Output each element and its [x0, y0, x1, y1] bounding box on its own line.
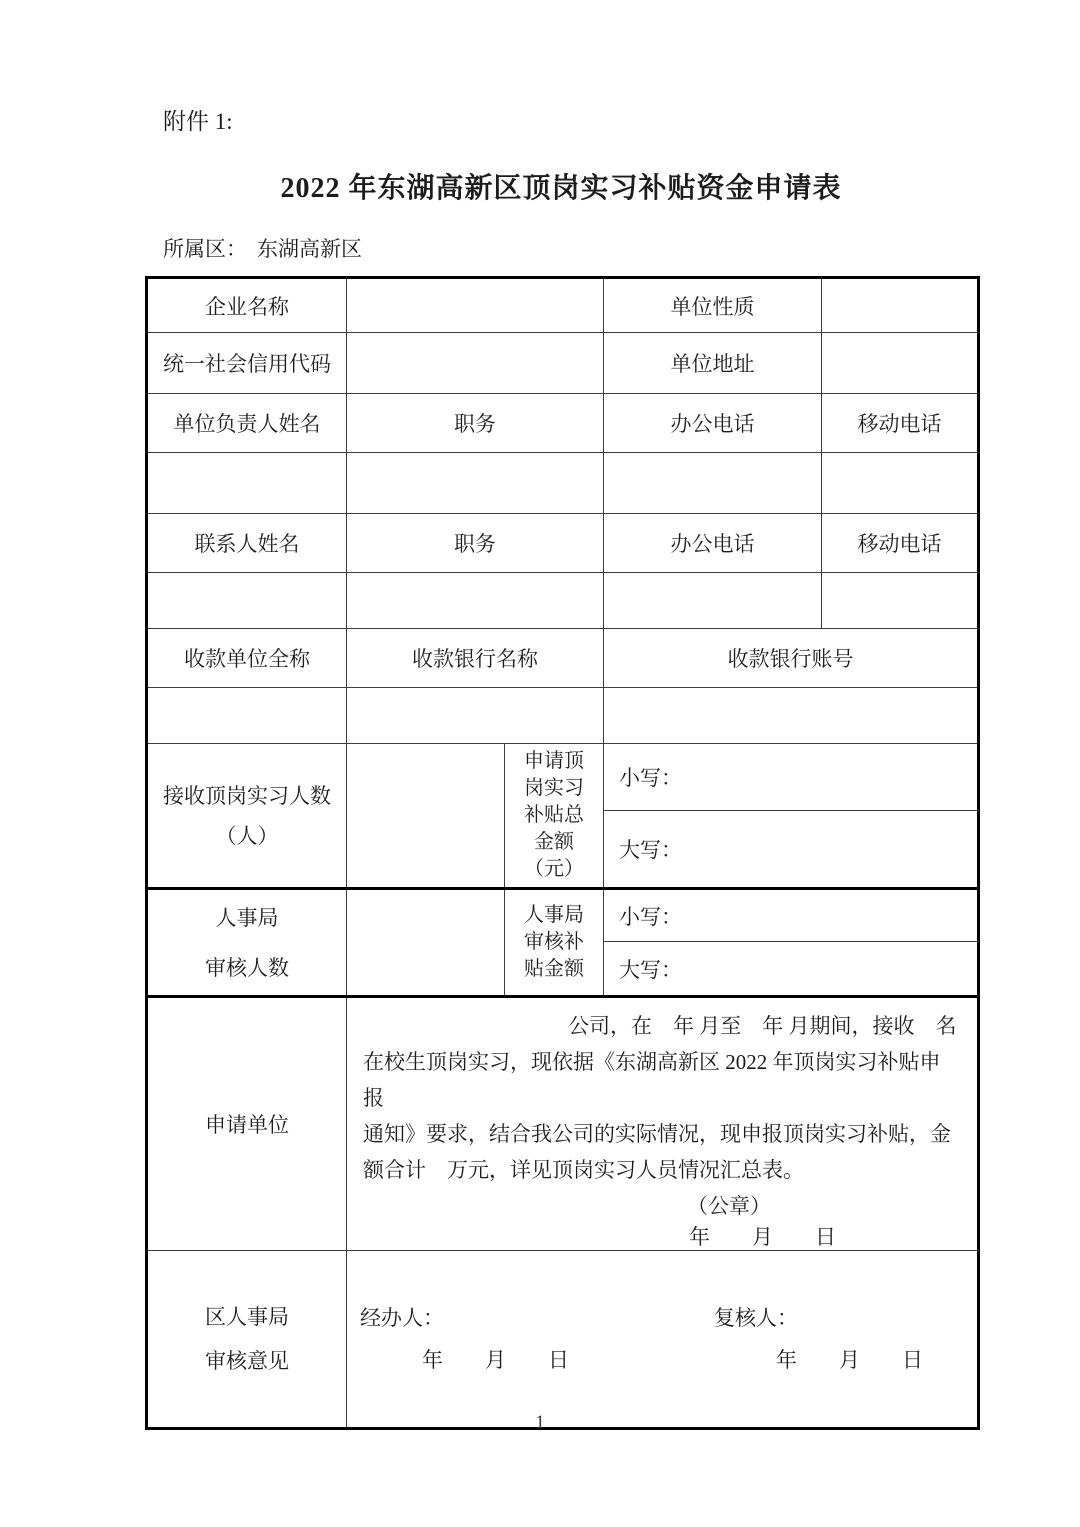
application-table: 企业名称 单位性质 统一社会信用代码 单位地址 单位负责人姓名 职务 办公电话 … [145, 276, 980, 1430]
reviewer-label: 复核人： [714, 1297, 923, 1339]
handler-block: 经办人： 年 月 日 [360, 1297, 569, 1381]
contact-mobile-phone-label: 移动电话 [822, 514, 979, 573]
contact-office-phone-input-cell [604, 573, 822, 629]
payee-bank-input-cell [347, 688, 604, 744]
payee-account-input-cell [604, 688, 979, 744]
statement-line1: 公司，在 年 月至 年 月期间，接收 名 [363, 1008, 961, 1044]
statement-cell: 公司，在 年 月至 年 月期间，接收 名 在校生顶岗实习，现依据《东湖高新区 2… [347, 997, 979, 1251]
head-office-phone-label: 办公电话 [604, 394, 822, 453]
apply-amount-big-cell: 大写： [604, 811, 979, 889]
hr-amount-small-cell: 小写： [604, 889, 979, 942]
intern-count-label: 接收顶岗实习人数 （人） [147, 744, 347, 889]
review-label-line1: 区人事局 [148, 1295, 346, 1339]
head-duty-label: 职务 [347, 394, 604, 453]
apply-amount-label-line5: （元） [505, 856, 603, 883]
credit-code-input-cell [347, 333, 604, 394]
hr-count-label-line1: 人事局 [148, 893, 346, 943]
head-duty-input-cell [347, 453, 604, 514]
apply-amount-label-line2: 岗实习 [505, 775, 603, 802]
unit-nature-input-cell [822, 278, 979, 333]
head-name-input-cell [147, 453, 347, 514]
handler-date: 年 月 日 [360, 1339, 569, 1381]
region-line: 所属区：东湖高新区 [163, 233, 362, 263]
contact-name-input-cell [147, 573, 347, 629]
hr-count-label: 人事局 审核人数 [147, 889, 347, 997]
contact-name-label: 联系人姓名 [147, 514, 347, 573]
apply-amount-label: 申请顶 岗实习 补贴总 金额 （元） [505, 744, 604, 889]
company-name-label: 企业名称 [147, 278, 347, 333]
review-label: 区人事局 审核意见 [147, 1251, 347, 1429]
review-content-cell: 经办人： 年 月 日 复核人： 年 月 日 [347, 1251, 979, 1429]
contact-duty-label: 职务 [347, 514, 604, 573]
apply-unit-label: 申请单位 [147, 997, 347, 1251]
statement-seal: （公章） [363, 1188, 961, 1224]
review-label-line2: 审核意见 [148, 1339, 346, 1383]
page-number: 1 [0, 1412, 1080, 1434]
region-label: 所属区： [163, 237, 247, 261]
contact-office-phone-label: 办公电话 [604, 514, 822, 573]
apply-amount-label-line3: 补贴总 [505, 802, 603, 829]
payee-unit-input-cell [147, 688, 347, 744]
payee-unit-label: 收款单位全称 [147, 629, 347, 688]
intern-count-input-cell [347, 744, 505, 889]
payee-bank-label: 收款银行名称 [347, 629, 604, 688]
attachment-label: 附件 1: [163, 103, 233, 136]
unit-address-input-cell [822, 333, 979, 394]
hr-amount-label-line3: 贴金额 [505, 956, 603, 983]
apply-amount-small-cell: 小写： [604, 744, 979, 811]
company-name-input-cell [347, 278, 604, 333]
intern-count-label-line1: 接收顶岗实习人数 [148, 776, 346, 816]
apply-amount-label-line1: 申请顶 [505, 748, 603, 775]
payee-account-label: 收款银行账号 [604, 629, 979, 688]
unit-nature-label: 单位性质 [604, 278, 822, 333]
hr-amount-label-line2: 审核补 [505, 929, 603, 956]
handler-label: 经办人： [360, 1297, 569, 1339]
head-office-phone-input-cell [604, 453, 822, 514]
reviewer-date: 年 月 日 [714, 1339, 923, 1381]
credit-code-label: 统一社会信用代码 [147, 333, 347, 394]
intern-count-label-line2: （人） [148, 816, 346, 856]
statement-line4: 额合计 万元，详见顶岗实习人员情况汇总表。 [363, 1152, 961, 1188]
contact-mobile-phone-input-cell [822, 573, 979, 629]
document-page: 附件 1: 2022 年东湖高新区顶岗实习补贴资金申请表 所属区：东湖高新区 企… [0, 0, 1080, 1527]
reviewer-block: 复核人： 年 月 日 [714, 1297, 923, 1381]
region-value: 东湖高新区 [257, 237, 362, 261]
document-title: 2022 年东湖高新区顶岗实习补贴资金申请表 [145, 166, 977, 206]
head-name-label: 单位负责人姓名 [147, 394, 347, 453]
contact-duty-input-cell [347, 573, 604, 629]
hr-count-label-line2: 审核人数 [148, 943, 346, 993]
hr-count-input-cell [347, 889, 505, 997]
head-mobile-phone-input-cell [822, 453, 979, 514]
head-mobile-phone-label: 移动电话 [822, 394, 979, 453]
unit-address-label: 单位地址 [604, 333, 822, 394]
hr-amount-label-line1: 人事局 [505, 902, 603, 929]
statement-date: 年 月 日 [363, 1224, 961, 1250]
hr-amount-big-cell: 大写： [604, 942, 979, 997]
statement-line3: 通知》要求，结合我公司的实际情况，现申报顶岗实习补贴，金 [363, 1116, 961, 1152]
apply-amount-label-line4: 金额 [505, 829, 603, 856]
statement-line2: 在校生顶岗实习，现依据《东湖高新区 2022 年顶岗实习补贴申报 [363, 1044, 961, 1116]
hr-amount-label: 人事局 审核补 贴金额 [505, 889, 604, 997]
